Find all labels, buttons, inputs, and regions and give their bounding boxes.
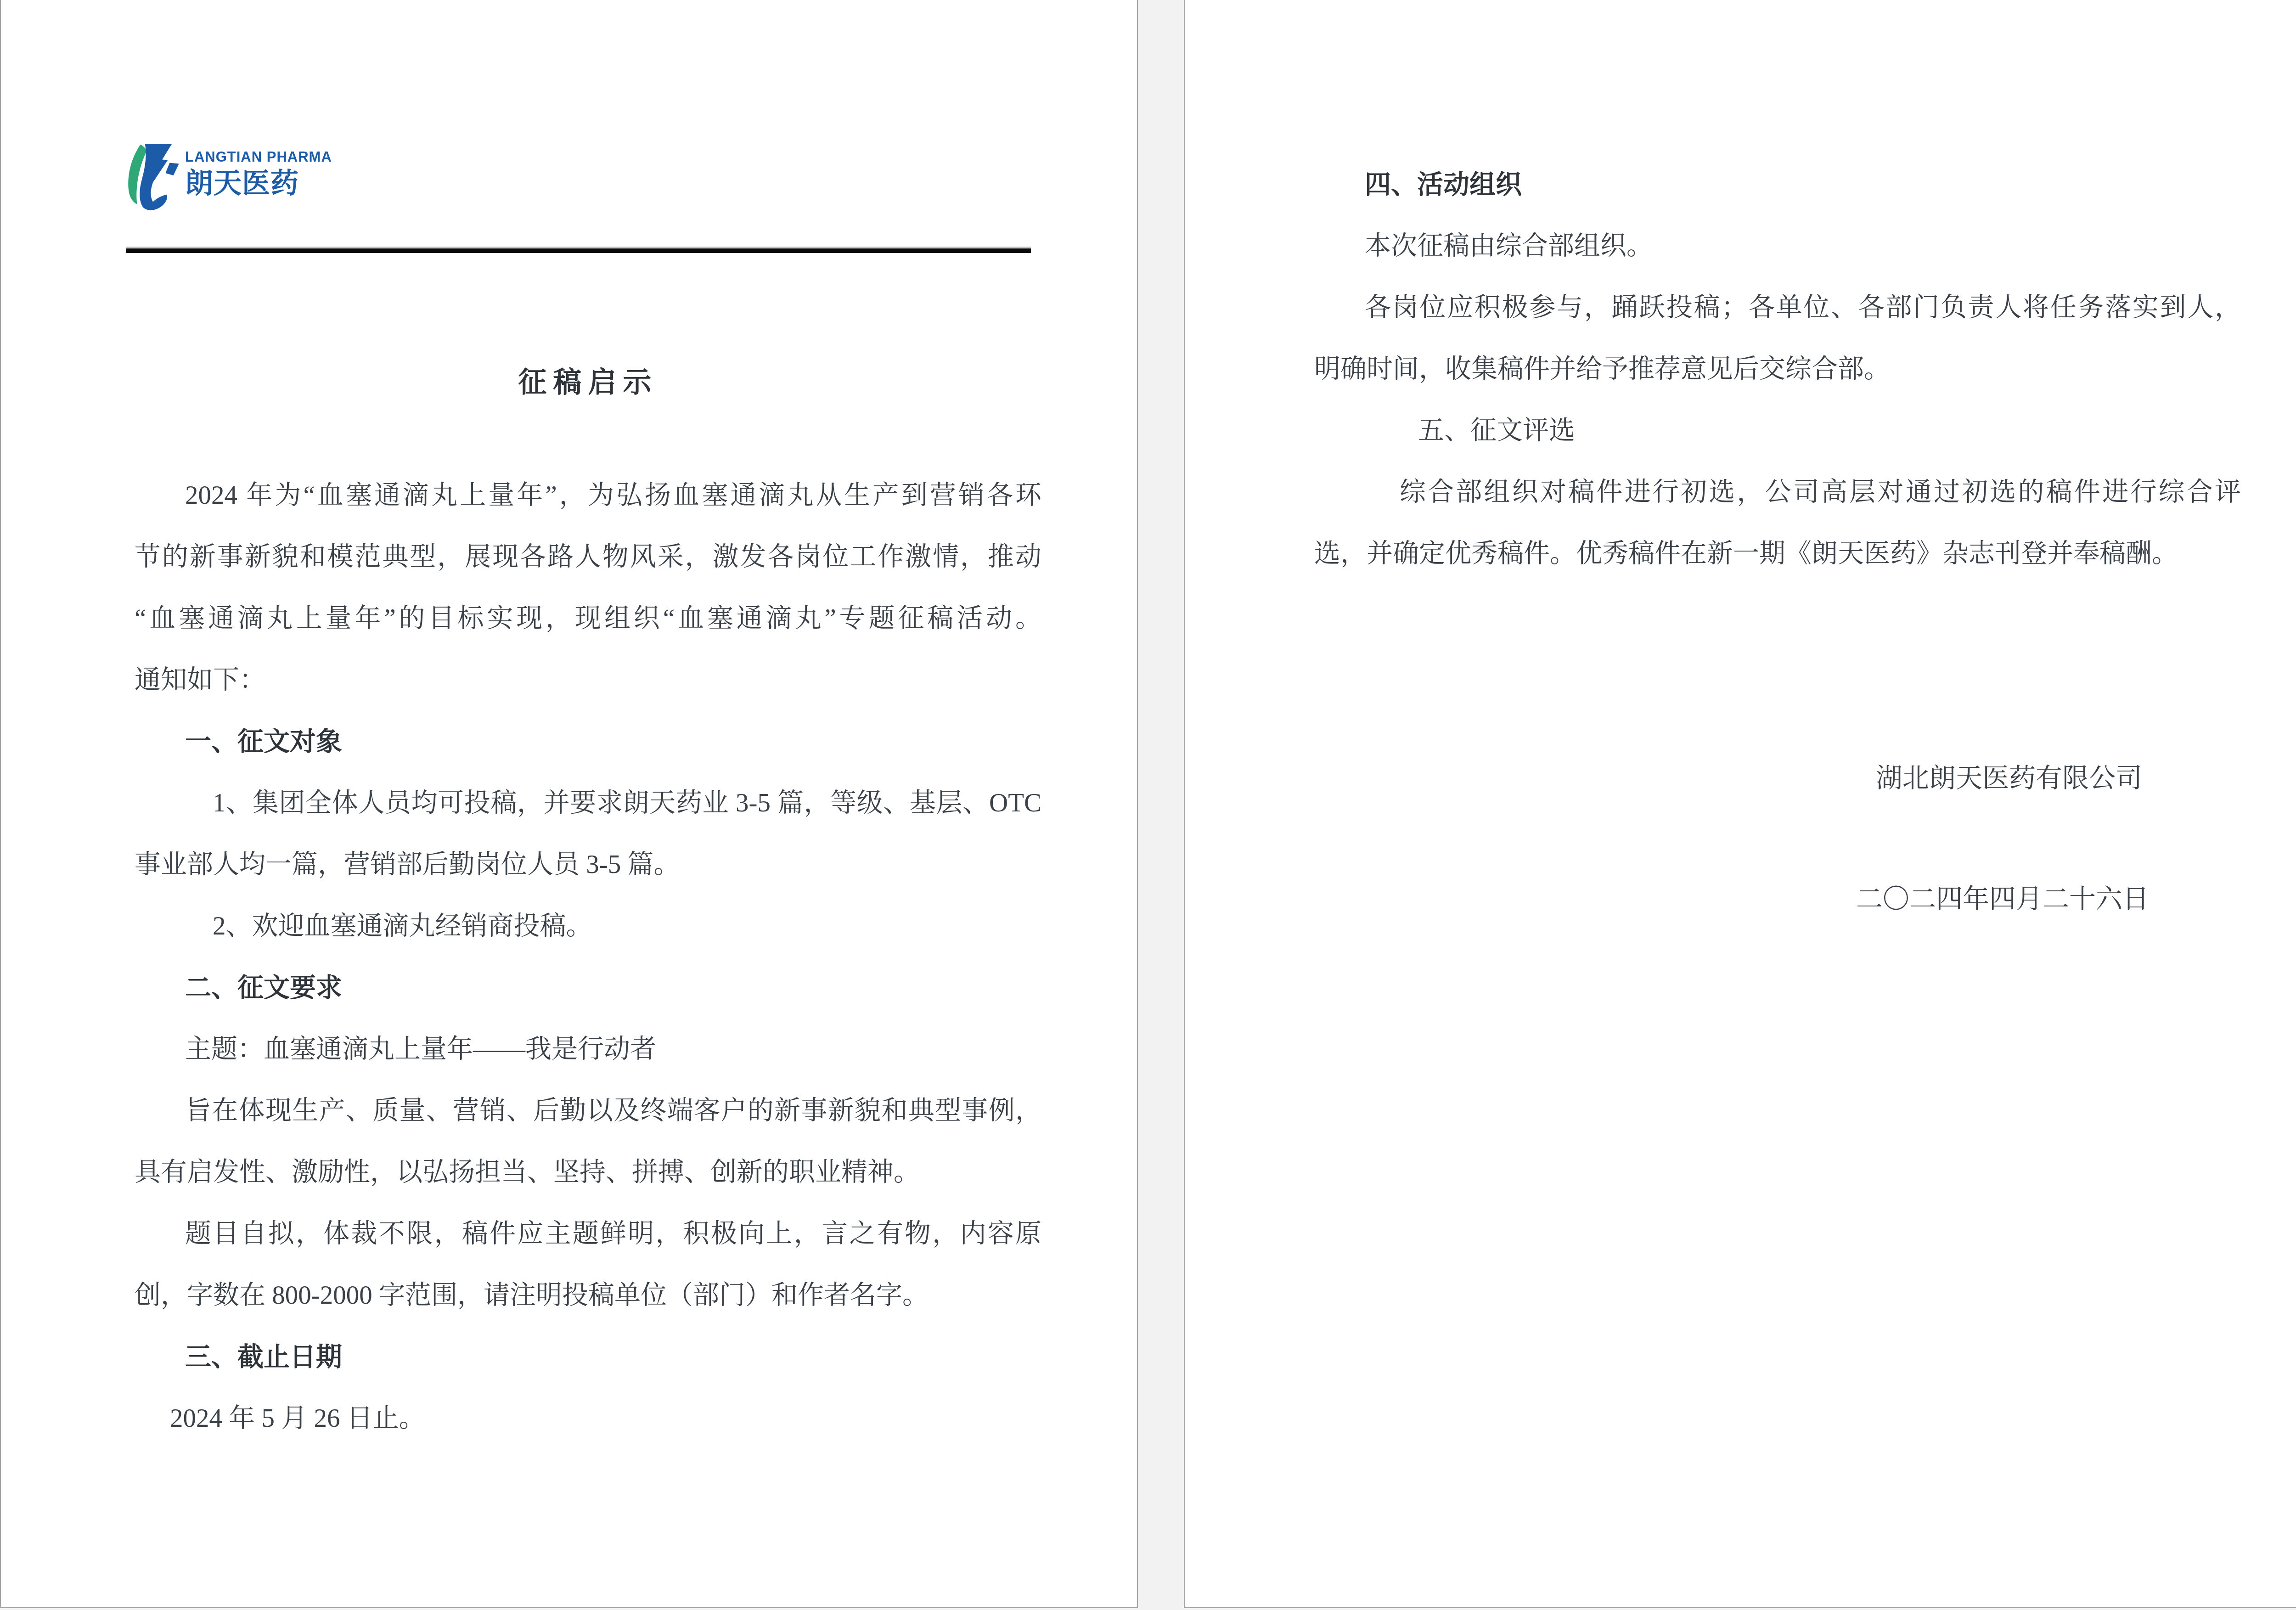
text-line: 综合部组织对稿件进行初选，公司高层对通过初选的稿件进行综合评 — [1314, 462, 2241, 523]
text-line: 选，并确定优秀稿件。优秀稿件在新一期《朗天医药》杂志刊登并奉稿酬。 — [1314, 523, 2241, 585]
langtian-logo-icon — [126, 142, 181, 214]
section-heading: 三、截止日期 — [135, 1326, 1041, 1388]
page1-text-column: 2024 年为“血塞通滴丸上量年”，为弘扬血塞通滴丸从生产到营销各环 节的新事新… — [135, 465, 1041, 1449]
section-heading: 二、征文要求 — [135, 957, 1041, 1019]
section-heading: 五、征文评选 — [1314, 400, 2241, 462]
signature-date: 二〇二四年四月二十六日 — [1314, 876, 2241, 922]
text-line: 题目自拟，体裁不限，稿件应主题鲜明，积极向上，言之有物，内容原 — [135, 1203, 1041, 1265]
text-line: 各岗位应积极参与，踊跃投稿；各单位、各部门负责人将任务落实到人， — [1314, 277, 2241, 338]
document-viewer: LANGTIAN PHARMA 朗天医药 征稿启示 2024 年为“血塞通滴丸上… — [0, 0, 2296, 1610]
header-rule — [126, 247, 1031, 253]
text-line: 主题：血塞通滴丸上量年——我是行动者 — [135, 1019, 1041, 1080]
section-heading: 四、活动组织 — [1314, 154, 2241, 215]
text-line: 事业部人均一篇，营销部后勤岗位人员 3-5 篇。 — [135, 834, 1041, 895]
text-line: 2024 年 5 月 26 日止。 — [135, 1388, 1041, 1449]
logo-wordmark: LANGTIAN PHARMA 朗天医药 — [185, 148, 378, 200]
text-line: 本次征稿由综合部组织。 — [1314, 215, 2241, 277]
text-line: 旨在体现生产、质量、营销、后勤以及终端客户的新事新貌和典型事例， — [135, 1080, 1041, 1142]
text-line: “血塞通滴丸上量年”的目标实现，现组织“血塞通滴丸”专题征稿活动。 — [135, 588, 1041, 649]
text-line: 具有启发性、激励性，以弘扬担当、坚持、拼搏、创新的职业精神。 — [135, 1142, 1041, 1203]
text-line: 创，字数在 800-2000 字范围，请注明投稿单位（部门）和作者名字。 — [135, 1265, 1041, 1326]
section-heading: 一、征文对象 — [135, 711, 1041, 772]
text-line: 通知如下： — [135, 649, 1041, 711]
text-line: 2024 年为“血塞通滴丸上量年”，为弘扬血塞通滴丸从生产到营销各环 — [135, 465, 1041, 526]
text-line: 2、欢迎血塞通滴丸经销商投稿。 — [135, 895, 1041, 957]
page-1: LANGTIAN PHARMA 朗天医药 征稿启示 2024 年为“血塞通滴丸上… — [0, 0, 1138, 1608]
page-2: 四、活动组织 本次征稿由综合部组织。 各岗位应积极参与，踊跃投稿；各单位、各部门… — [1184, 0, 2296, 1608]
text-line: 1、集团全体人员均可投稿，并要求朗天药业 3-5 篇，等级、基层、OTC — [135, 772, 1041, 834]
langtian-pharma-logo: LANGTIAN PHARMA 朗天医药 — [126, 141, 402, 215]
text-line: 明确时间，收集稿件并给予推荐意见后交综合部。 — [1314, 338, 2241, 400]
logo-wordmark-en: LANGTIAN PHARMA — [185, 148, 378, 166]
header-rule-thick-line — [126, 248, 1031, 253]
page2-text-column: 四、活动组织 本次征稿由综合部组织。 各岗位应积极参与，踊跃投稿；各单位、各部门… — [1314, 154, 2241, 585]
signature-company: 湖北朗天医药有限公司 — [1314, 755, 2241, 801]
text-line: 节的新事新貌和模范典型，展现各路人物风采，激发各岗位工作激情，推动 — [135, 526, 1041, 588]
page-title: 征稿启示 — [135, 364, 1041, 402]
header-rule-thin-line — [126, 247, 1031, 248]
logo-wordmark-cn: 朗天医药 — [185, 166, 378, 200]
